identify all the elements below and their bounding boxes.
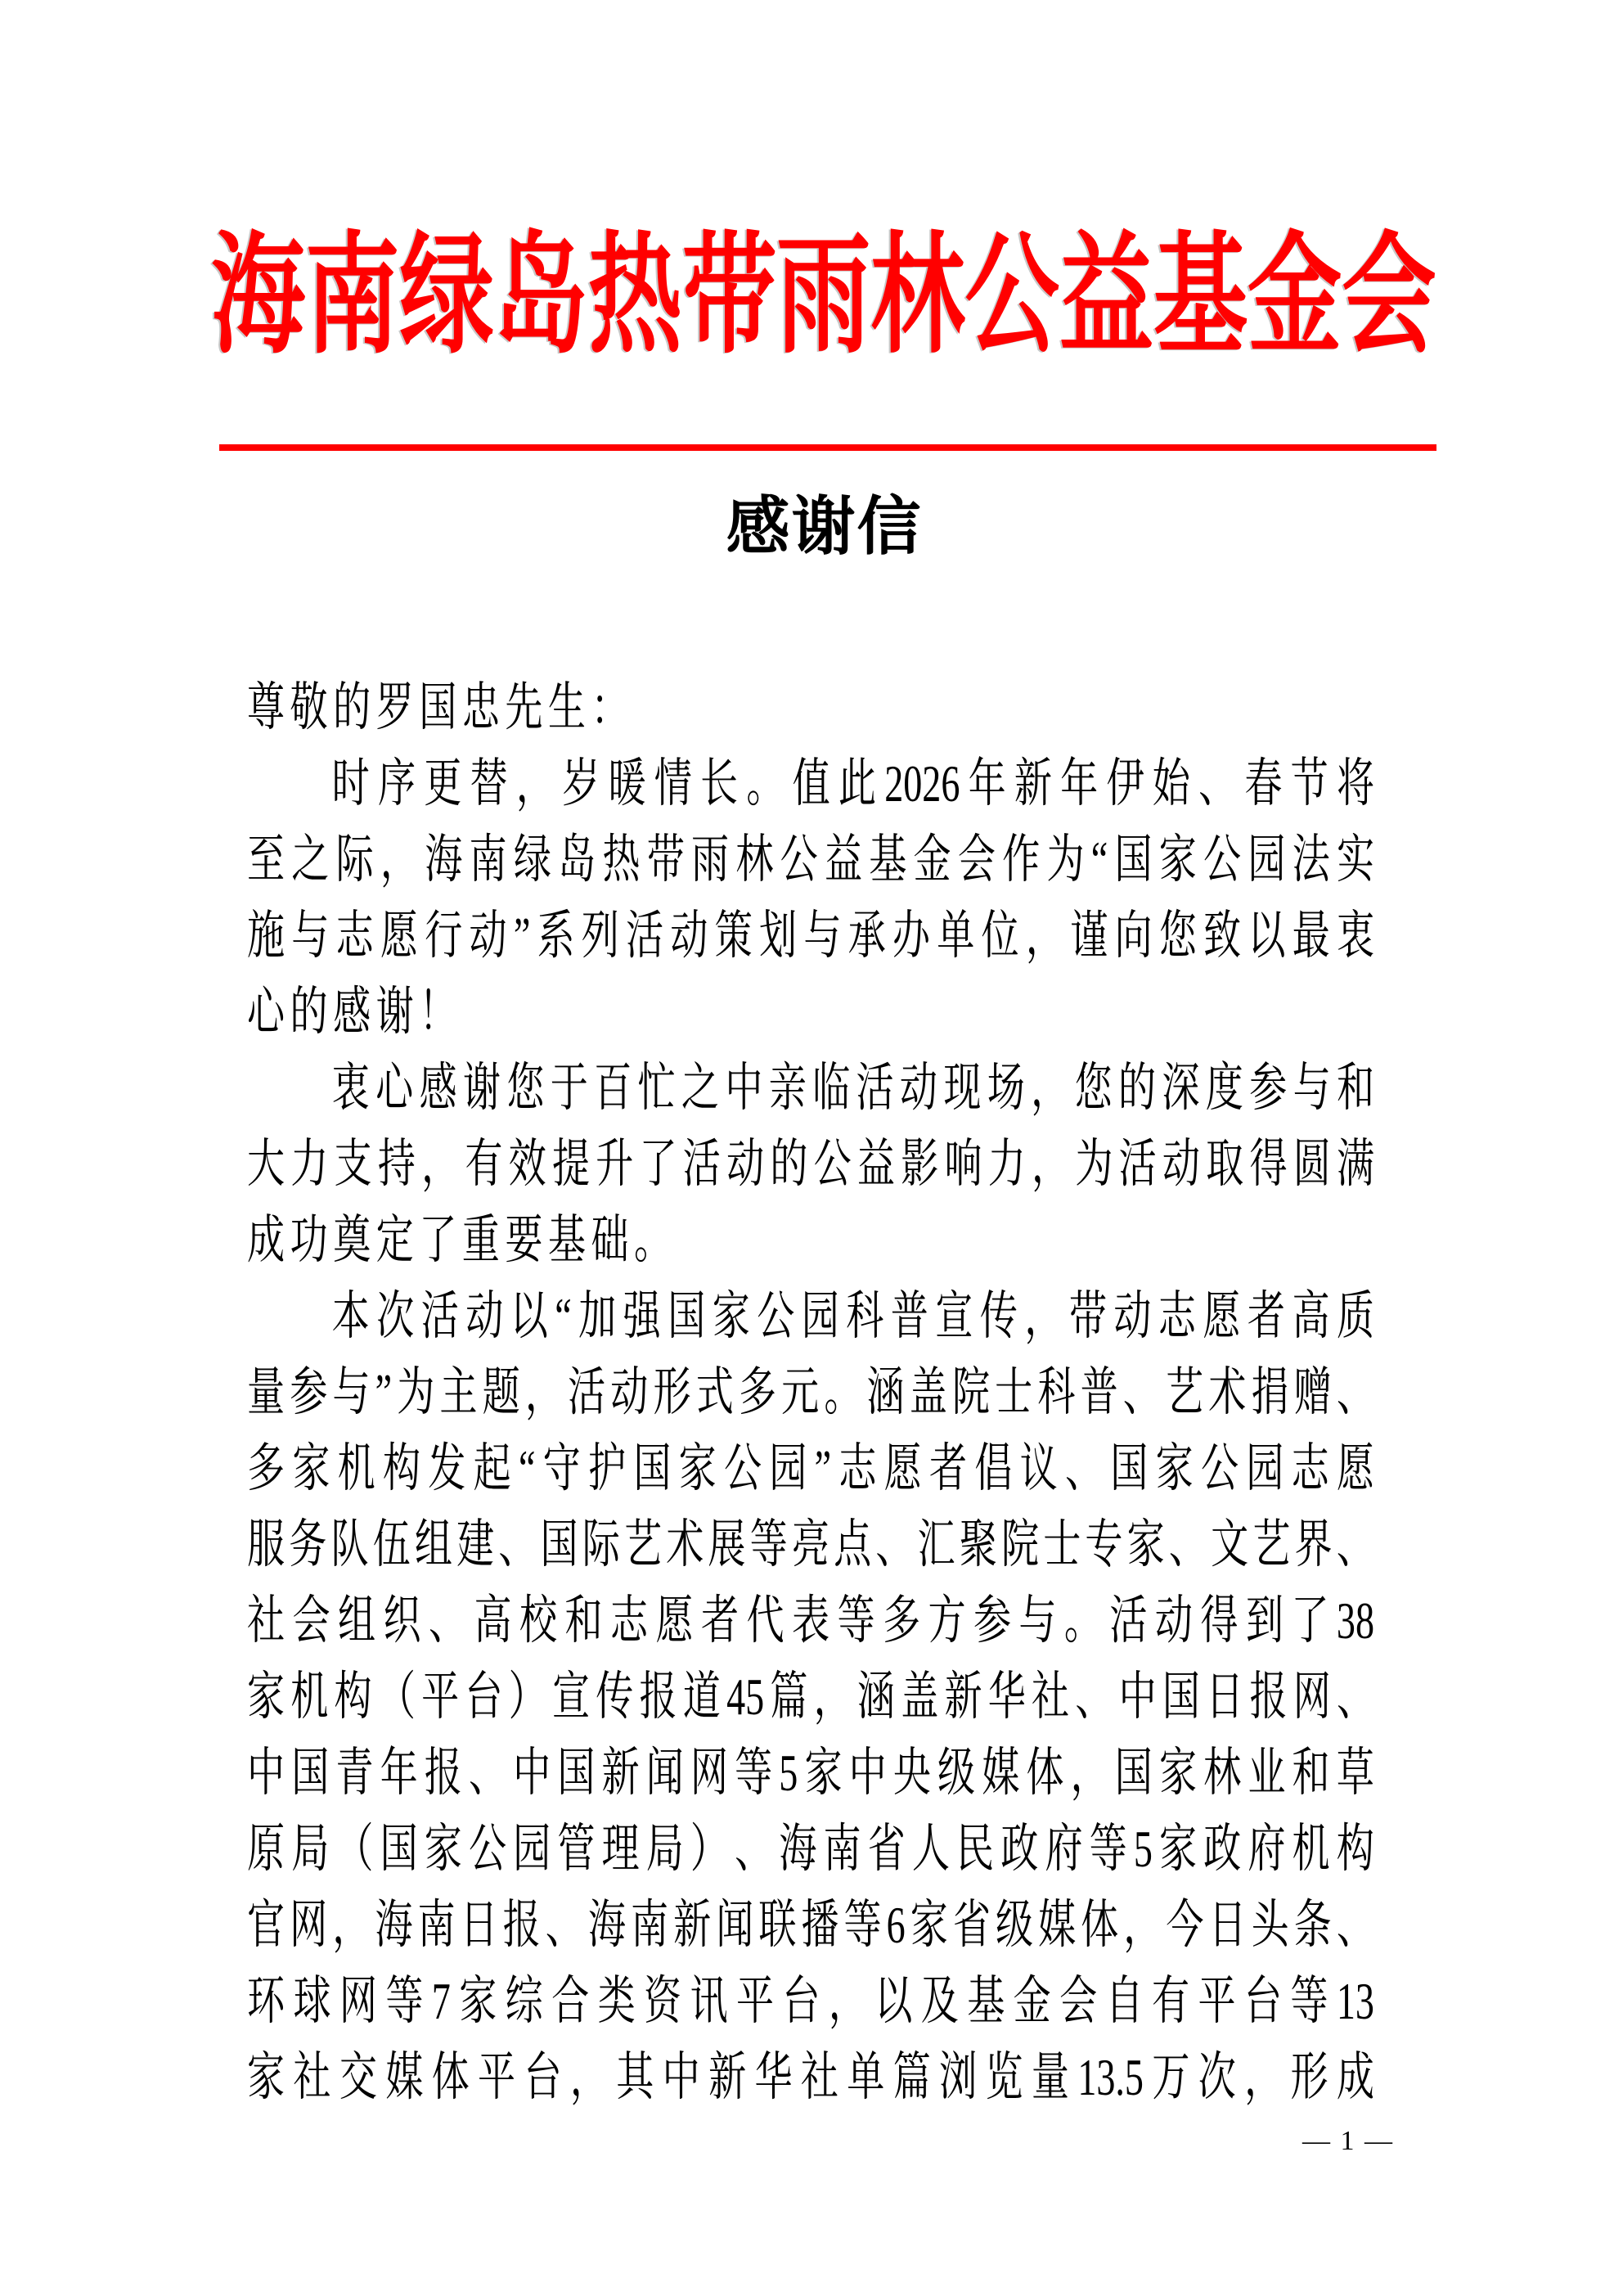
- body-char: 最: [1293, 898, 1330, 974]
- body-char: 林: [1203, 1735, 1241, 1811]
- body-char: 府: [1248, 1811, 1285, 1887]
- body-char: 校: [519, 1582, 557, 1659]
- body-char: 者: [1248, 1278, 1285, 1354]
- body-char: 谨: [1070, 898, 1108, 974]
- body-char: 行: [425, 898, 462, 974]
- body-char: 大: [247, 1126, 285, 1202]
- body-char: 心: [375, 1050, 413, 1126]
- body-char: 自: [1106, 1963, 1144, 2039]
- body-char: 涵: [867, 1354, 905, 1430]
- body-line: 多家机构发起“守护国家公园”志愿者倡议、国家公园志愿: [247, 1430, 1374, 1506]
- body-char: 序: [378, 745, 416, 822]
- body-char: 、: [1123, 1354, 1161, 1430]
- body-char: 府: [1045, 1811, 1082, 1887]
- body-char: 原: [247, 1811, 285, 1887]
- body-char: 园: [513, 1811, 551, 1887]
- body-char: 以: [874, 1963, 912, 2039]
- body-char: 者: [701, 1582, 739, 1659]
- body-char: 主: [439, 1354, 477, 1430]
- body-char: 动: [726, 1126, 764, 1202]
- body-char: 务: [289, 1506, 326, 1582]
- body-char: 议: [1020, 1430, 1058, 1506]
- body-char: ，: [1071, 1735, 1108, 1811]
- body-char: 中: [725, 1050, 762, 1126]
- body-char: 国: [557, 1735, 595, 1811]
- body-char: 年: [380, 1735, 418, 1811]
- body-char: 新: [1014, 745, 1052, 822]
- body-char: ，: [332, 1887, 370, 1963]
- body-char: 场: [987, 1050, 1025, 1126]
- body-line: 尊敬的罗国忠先生：: [247, 669, 1374, 745]
- body-char: 术: [666, 1506, 704, 1582]
- body-char: 活: [683, 1126, 721, 1202]
- body-char: 的: [770, 1126, 807, 1202]
- body-line: 家机构（平台）宣传报道45篇，涵盖新华社、中国日报网、: [247, 1659, 1374, 1735]
- body-char: 伊: [1106, 745, 1144, 822]
- body-char: 向: [1114, 898, 1152, 974]
- body-char: 春: [1244, 745, 1282, 822]
- body-char: 有: [465, 1126, 502, 1202]
- body-char: 专: [1085, 1506, 1122, 1582]
- body-char: 盖: [901, 1659, 938, 1735]
- body-char: 、: [735, 1811, 772, 1887]
- body-char: 志: [1158, 1278, 1196, 1354]
- body-char: 起: [474, 1430, 511, 1506]
- body-char: 。: [824, 1354, 861, 1430]
- body-char: （: [335, 1811, 373, 1887]
- body-char: 、: [1198, 745, 1236, 822]
- body-char: 民: [956, 1811, 994, 1887]
- body-char: 了: [1291, 1582, 1329, 1659]
- body-char: 此: [838, 745, 876, 822]
- body-char: 者: [929, 1430, 967, 1506]
- body-char: 国: [541, 1506, 578, 1582]
- body-char: 环: [247, 1963, 285, 2039]
- body-char: 家: [459, 1963, 497, 2039]
- body-char: 社: [1032, 1659, 1069, 1735]
- body-char: 艺: [1252, 1506, 1290, 1582]
- body-char: 展: [708, 1506, 745, 1582]
- body-char: 会: [1059, 1963, 1097, 2039]
- body-char: 其: [616, 2039, 654, 2115]
- body-char: 联: [758, 1887, 796, 1963]
- body-line: 服务队伍组建、国际艺术展等亮点、汇聚院士专家、文艺界、: [247, 1506, 1374, 1582]
- body-char: 局: [291, 1811, 329, 1887]
- body-char: 中: [513, 1735, 551, 1811]
- body-char: 以: [510, 1278, 548, 1354]
- body-char: 得: [1200, 1582, 1238, 1659]
- body-char: 组: [338, 1582, 375, 1659]
- body-char: ，: [421, 1126, 459, 1202]
- body-char: 等: [1090, 1811, 1127, 1887]
- body-char: 局: [646, 1811, 684, 1887]
- body-char: 体: [1081, 1887, 1118, 1963]
- body-char: 与: [332, 1354, 370, 1430]
- body-char: 家: [679, 1430, 717, 1506]
- body-char: 岛: [558, 822, 596, 898]
- body-char: 国: [380, 1811, 418, 1887]
- body-char: 园: [802, 1278, 839, 1354]
- body-char: 愿: [884, 1430, 922, 1506]
- body-char: 热: [602, 822, 640, 898]
- body-char: 条: [1294, 1887, 1332, 1963]
- body-char: 参: [290, 1354, 327, 1430]
- body-char: 办: [892, 898, 930, 974]
- body-char: 参: [973, 1582, 1011, 1659]
- body-line: 原局（国家公园管理局）、海南省人民政府等5家政府机构: [247, 1811, 1374, 1887]
- body-char: 和: [1293, 1735, 1330, 1811]
- body-char: 华: [754, 2039, 792, 2115]
- body-char: 平: [478, 2039, 515, 2115]
- body-char: 类: [598, 1963, 636, 2039]
- body-char: 公: [814, 1126, 852, 1202]
- body-char: 家: [804, 1735, 842, 1811]
- body-char: 活: [421, 1278, 459, 1354]
- body-char: 至: [247, 822, 285, 898]
- body-char: 公: [1203, 822, 1241, 898]
- body-char: 省: [868, 1811, 906, 1887]
- body-char: 等: [385, 1963, 423, 2039]
- body-char: 台: [465, 1659, 502, 1735]
- body-char: 圆: [1293, 1126, 1331, 1202]
- body-char: 、: [429, 1582, 466, 1659]
- body-char: 高: [1292, 1278, 1329, 1354]
- body-char: 海: [375, 1887, 412, 1963]
- body-char: 百: [594, 1050, 632, 1126]
- body-char: 播: [801, 1887, 838, 1963]
- body-line: 时序更替，岁暖情长。值此2026年新年伊始、春节将: [247, 745, 1374, 822]
- body-char: 升: [596, 1126, 633, 1202]
- body-char: 成: [1337, 2039, 1374, 2115]
- body-char: 形: [653, 1354, 690, 1430]
- body-char: 绿: [514, 822, 551, 898]
- body-char: 网: [1293, 1659, 1331, 1735]
- body-char: 与: [1293, 1050, 1331, 1126]
- body-char: 浏: [939, 2039, 977, 2115]
- body-char: 活: [568, 1354, 605, 1430]
- body-char: 中: [663, 2039, 700, 2115]
- body-char: 式: [696, 1354, 734, 1430]
- body-char: 赠: [1294, 1354, 1332, 1430]
- body-char: 机: [290, 1659, 328, 1735]
- body-line: 社会组织、高校和志愿者代表等多方参与。活动得到了38: [247, 1582, 1374, 1659]
- body-char: 、: [1065, 1430, 1103, 1506]
- body-char: 新: [602, 1735, 640, 1811]
- body-char: 之: [291, 822, 329, 898]
- body-char: ，: [829, 1963, 866, 2039]
- body-char: 家: [292, 1430, 330, 1506]
- body-char: 交: [339, 2039, 377, 2115]
- body-char: 划: [759, 898, 797, 974]
- body-char: 南: [470, 822, 507, 898]
- body-char: 篇: [893, 2039, 931, 2115]
- body-char: 与: [1018, 1582, 1056, 1659]
- body-char: 参: [1249, 1050, 1287, 1126]
- body-char: 家: [1156, 1430, 1194, 1506]
- body-char: 量: [1032, 2039, 1069, 2115]
- body-char: 值: [793, 745, 830, 822]
- body-char: 媒: [982, 1735, 1019, 1811]
- body-char: 艺: [624, 1506, 662, 1582]
- body-char: 普: [891, 1278, 928, 1354]
- body-char: 合: [551, 1963, 589, 2039]
- body-char: 实: [1337, 822, 1374, 898]
- body-char: 多: [883, 1582, 920, 1659]
- body-line: 成功奠定了重要基础。: [247, 1202, 1374, 1278]
- body-char: 取: [1206, 1126, 1243, 1202]
- body-char: 政: [1000, 1811, 1038, 1887]
- body-line: 官网，海南日报、海南新闻联播等6家省级媒体，今日头条、: [247, 1887, 1374, 1963]
- body-char: 愿: [655, 1582, 693, 1659]
- body-char: 国: [1110, 1430, 1148, 1506]
- body-char: 日: [1206, 1659, 1243, 1735]
- body-char: 代: [746, 1582, 784, 1659]
- body-char: 及: [921, 1963, 959, 2039]
- body-char: 度: [1206, 1050, 1243, 1126]
- body-char: 伍: [373, 1506, 411, 1582]
- body-char: ）: [690, 1811, 728, 1887]
- body-char: 响: [944, 1126, 982, 1202]
- body-char: 机: [338, 1430, 375, 1506]
- body-char: 愿: [1203, 1278, 1240, 1354]
- body-char: 海: [779, 1811, 816, 1887]
- body-char: 5: [779, 1735, 798, 1811]
- body-char: 动: [1162, 1126, 1200, 1202]
- body-char: 涵: [857, 1659, 895, 1735]
- body-char: （: [378, 1659, 416, 1735]
- body-char: 您: [1159, 898, 1197, 974]
- body-char: 构: [335, 1659, 372, 1735]
- body-char: 士: [995, 1354, 1032, 1430]
- body-char: 南: [417, 1887, 455, 1963]
- body-char: 科: [1037, 1354, 1075, 1430]
- body-char: 时: [332, 745, 370, 822]
- body-char: 士: [1043, 1506, 1081, 1582]
- body-char: 术: [1208, 1354, 1246, 1430]
- body-char: 亲: [769, 1050, 807, 1126]
- body-char: 报: [1249, 1659, 1287, 1735]
- body-char: 以: [1248, 898, 1285, 974]
- body-char: 6: [887, 1887, 906, 1963]
- body-char: 院: [1001, 1506, 1039, 1582]
- body-char: 公: [1201, 1430, 1239, 1506]
- body-char: 中: [849, 1735, 887, 1811]
- body-line: 心的感谢！: [247, 974, 1374, 1050]
- body-char: 多: [739, 1354, 776, 1430]
- body-char: 于: [551, 1050, 588, 1126]
- body-char: 公: [780, 822, 818, 898]
- body-char: 有: [1152, 1963, 1189, 2039]
- body-char: 省: [953, 1887, 991, 1963]
- body-char: 发: [428, 1430, 465, 1506]
- body-char: 了: [640, 1126, 677, 1202]
- body-char: 、: [1337, 1506, 1374, 1582]
- body-char: 基: [967, 1963, 1005, 2039]
- body-char: 普: [1081, 1354, 1118, 1430]
- body-char: 动: [1113, 1278, 1151, 1354]
- body-char: 形: [1291, 2039, 1329, 2115]
- body-char: 媒: [385, 2039, 423, 2115]
- body-char: 强: [623, 1278, 661, 1354]
- body-char: 题: [483, 1354, 520, 1430]
- body-char: 谢: [463, 1050, 501, 1126]
- body-char: 单: [847, 2039, 884, 2115]
- body-char: 动: [610, 1354, 648, 1430]
- body-char: 更: [424, 745, 461, 822]
- body-char: 将: [1337, 745, 1374, 822]
- body-char: 宣: [935, 1278, 973, 1354]
- body-char: 等: [844, 1887, 882, 1963]
- body-char: 国: [1114, 822, 1152, 898]
- body-char: 家: [1159, 1811, 1197, 1887]
- body-char: 级: [937, 1735, 975, 1811]
- body-char: 作: [1002, 822, 1040, 898]
- body-char: 建: [456, 1506, 494, 1582]
- body-char: 新: [673, 1887, 711, 1963]
- body-char: 志: [336, 898, 374, 974]
- body-line: 衷心感谢您于百忙之中亲临活动现场，您的深度参与和: [247, 1050, 1374, 1126]
- body-char: ，: [380, 822, 418, 898]
- body-char: 暖: [608, 745, 645, 822]
- body-char: 平: [421, 1659, 459, 1735]
- body-char: 宣: [552, 1659, 590, 1735]
- body-char: 媒: [1038, 1887, 1076, 1963]
- body-char: 国: [668, 1278, 705, 1354]
- body-char: 活: [1119, 1126, 1157, 1202]
- body-char: 道: [683, 1659, 721, 1735]
- body-char: 社: [801, 2039, 838, 2115]
- body-char: 新: [944, 1659, 982, 1735]
- body-char: 活: [1109, 1582, 1147, 1659]
- body-char: 、: [1337, 1887, 1374, 1963]
- body-char: “: [1091, 822, 1108, 898]
- body-char: 等: [735, 1735, 772, 1811]
- body-char: 年: [1060, 745, 1098, 822]
- body-char: 家: [910, 1887, 948, 1963]
- body-char: 、: [498, 1506, 536, 1582]
- body-char: 际: [336, 822, 374, 898]
- body-char: 家: [247, 2039, 285, 2115]
- body-char: 篇: [770, 1659, 807, 1735]
- body-char: ”: [815, 1430, 831, 1506]
- body-char: 量: [247, 1354, 285, 1430]
- body-char: 球: [293, 1963, 330, 2039]
- body-char: 报: [640, 1659, 677, 1735]
- body-char: ，: [1032, 1126, 1069, 1202]
- body-char: 捐: [1251, 1354, 1288, 1430]
- body-char: 家: [713, 1278, 750, 1354]
- body-char: 为: [1046, 822, 1084, 898]
- body-char: 质: [1337, 1278, 1374, 1354]
- body-char: 公: [757, 1278, 794, 1354]
- body-char: 家: [1127, 1506, 1165, 1582]
- body-char: 传: [596, 1659, 633, 1735]
- body-char: 华: [988, 1659, 1026, 1735]
- body-char: 系: [537, 898, 574, 974]
- body-char: 组: [415, 1506, 452, 1582]
- body-char: 5: [1134, 1811, 1153, 1887]
- red-divider-line: [219, 444, 1436, 451]
- body-line: 量参与”为主题，活动形式多元。涵盖院士科普、艺术捐赠、: [247, 1354, 1374, 1430]
- body-char: 中: [247, 1735, 285, 1811]
- body-char: 支: [335, 1126, 372, 1202]
- body-char: 2026: [884, 745, 960, 822]
- body-line: 家社交媒体平台，其中新华社单篇浏览量13.5万次，形成: [247, 2039, 1374, 2115]
- body-char: 高: [474, 1582, 511, 1659]
- body-char: 表: [792, 1582, 829, 1659]
- body-char: 央: [893, 1735, 931, 1811]
- body-char: 国: [633, 1430, 671, 1506]
- body-char: 新: [708, 2039, 746, 2115]
- body-char: 本: [332, 1278, 370, 1354]
- body-char: 临: [812, 1050, 850, 1126]
- body-char: 平: [736, 1963, 774, 2039]
- body-char: 志: [1292, 1430, 1329, 1506]
- body-char: 位: [982, 898, 1019, 974]
- body-char: 科: [846, 1278, 883, 1354]
- body-char: 公: [469, 1811, 506, 1887]
- body-char: 综: [506, 1963, 543, 2039]
- body-char: 闻: [646, 1735, 684, 1811]
- body-char: 家: [247, 1659, 285, 1735]
- body-char: 和: [1337, 1050, 1374, 1126]
- body-char: 院: [952, 1354, 990, 1430]
- body-char: 、: [469, 1735, 506, 1811]
- body-char: 基: [869, 822, 906, 898]
- body-char: 草: [1337, 1735, 1374, 1811]
- body-char: 南: [631, 1887, 668, 1963]
- body-char: 衷: [1337, 898, 1374, 974]
- body-char: 动: [1155, 1582, 1193, 1659]
- body-char: 界: [1295, 1506, 1333, 1582]
- body-char: 倡: [974, 1430, 1012, 1506]
- body-char: 为: [1075, 1126, 1113, 1202]
- body-char: 际: [582, 1506, 620, 1582]
- body-char: 服: [247, 1506, 285, 1582]
- body-line: 环球网等7家综合类资讯平台，以及基金会自有平台等13: [247, 1963, 1374, 2039]
- body-char: 13.5: [1077, 2039, 1144, 2115]
- body-char: 活: [626, 898, 663, 974]
- body-char: ”: [375, 1354, 392, 1430]
- body-char: 国: [1115, 1735, 1153, 1811]
- body-char: 文: [1211, 1506, 1248, 1582]
- body-char: 守: [543, 1430, 581, 1506]
- body-char: 等: [750, 1506, 788, 1582]
- body-line: 本次活动以“加强国家公园科普宣传，带动志愿者高质: [247, 1278, 1374, 1354]
- body-char: 日: [461, 1887, 498, 1963]
- body-char: 策: [715, 898, 753, 974]
- body-char: 13: [1337, 1963, 1374, 2039]
- letter-title: 感谢信: [213, 489, 1436, 565]
- body-char: 年: [969, 745, 1006, 822]
- body-char: 方: [928, 1582, 965, 1659]
- body-char: 业: [1248, 1735, 1285, 1811]
- body-char: 金: [914, 822, 951, 898]
- body-char: 点: [834, 1506, 871, 1582]
- body-char: 家: [425, 1811, 462, 1887]
- body-char: 志: [610, 1582, 648, 1659]
- body-char: 园: [1248, 822, 1285, 898]
- body-char: 艺: [1166, 1354, 1203, 1430]
- body-char: 、: [1169, 1506, 1207, 1582]
- body-char: 提: [552, 1126, 590, 1202]
- body-char: 效: [509, 1126, 546, 1202]
- body-char: 南: [823, 1811, 861, 1887]
- body-char: 海: [425, 822, 462, 898]
- body-char: 亮: [792, 1506, 829, 1582]
- body-char: 讯: [690, 1963, 727, 2039]
- body-char: 织: [383, 1582, 420, 1659]
